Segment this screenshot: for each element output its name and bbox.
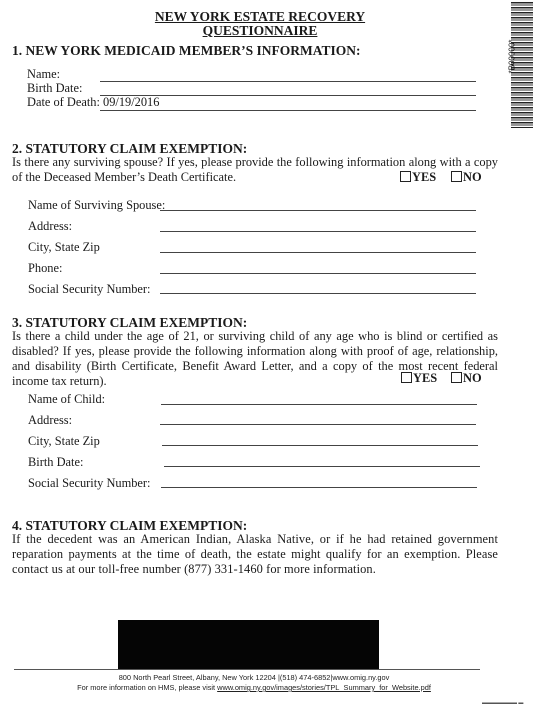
redacted-block — [118, 620, 379, 669]
yes-label: YES — [413, 371, 437, 385]
child-address-field[interactable] — [160, 424, 476, 425]
checkbox-icon — [401, 372, 412, 383]
child-name-label: Name of Child: — [28, 392, 105, 407]
document-code: ▬▬▬▬▬▬▬ ▬ — [482, 700, 523, 706]
spouse-ssn-label: Social Security Number: — [28, 282, 151, 297]
spouse-city-state-zip-field[interactable] — [160, 252, 476, 253]
checkbox-icon — [400, 171, 411, 182]
footer-divider — [14, 669, 480, 670]
section2-no-checkbox[interactable]: NO — [451, 170, 482, 185]
document-title-line1: NEW YORK ESTATE RECOVERY — [0, 9, 520, 24]
section2-yes-checkbox[interactable]: YES — [400, 170, 436, 185]
section3-yes-checkbox[interactable]: YES — [401, 371, 437, 386]
document-title-line2: QUESTIONNAIRE — [0, 23, 520, 38]
spouse-ssn-field[interactable] — [160, 293, 476, 294]
footer-website-link[interactable]: www.omig.ny.gov/images/stories/TPL_Summa… — [217, 683, 431, 692]
spouse-phone-label: Phone: — [28, 261, 62, 276]
checkbox-icon — [451, 171, 462, 182]
date-of-death-label: Date of Death: — [27, 95, 100, 110]
date-of-death-field[interactable] — [100, 110, 476, 111]
name-label: Name: — [27, 67, 60, 82]
footer-more-info: For more information on HMS, please visi… — [0, 683, 526, 692]
spouse-name-field[interactable] — [160, 210, 476, 211]
section3-no-checkbox[interactable]: NO — [451, 371, 482, 386]
spouse-address-label: Address: — [28, 219, 72, 234]
child-ssn-field[interactable] — [161, 487, 477, 488]
child-city-state-zip-label: City, State Zip — [28, 434, 100, 449]
name-field[interactable] — [100, 81, 476, 82]
footer-address: 800 North Pearl Street, Albany, New York… — [0, 673, 526, 682]
child-name-field[interactable] — [161, 404, 477, 405]
spouse-address-field[interactable] — [160, 231, 476, 232]
birth-date-label: Birth Date: — [27, 81, 82, 96]
yes-label: YES — [412, 170, 436, 184]
date-of-death-value: 09/19/2016 — [103, 95, 159, 110]
child-city-state-zip-field[interactable] — [162, 445, 478, 446]
child-ssn-label: Social Security Number: — [28, 476, 151, 491]
section1-heading: 1. NEW YORK MEDICAID MEMBER’S INFORMATIO… — [12, 43, 361, 59]
spouse-phone-field[interactable] — [160, 273, 476, 274]
checkbox-icon — [451, 372, 462, 383]
child-birth-date-label: Birth Date: — [28, 455, 83, 470]
no-label: NO — [463, 170, 482, 184]
barcode-text: *B00000* — [508, 32, 517, 82]
child-birth-date-field[interactable] — [164, 466, 480, 467]
no-label: NO — [463, 371, 482, 385]
footer-more-info-text: For more information on HMS, please visi… — [77, 683, 217, 692]
child-address-label: Address: — [28, 413, 72, 428]
spouse-name-label: Name of Surviving Spouse: — [28, 198, 165, 213]
section4-text: If the decedent was an American Indian, … — [12, 532, 498, 577]
spouse-city-state-zip-label: City, State Zip — [28, 240, 100, 255]
